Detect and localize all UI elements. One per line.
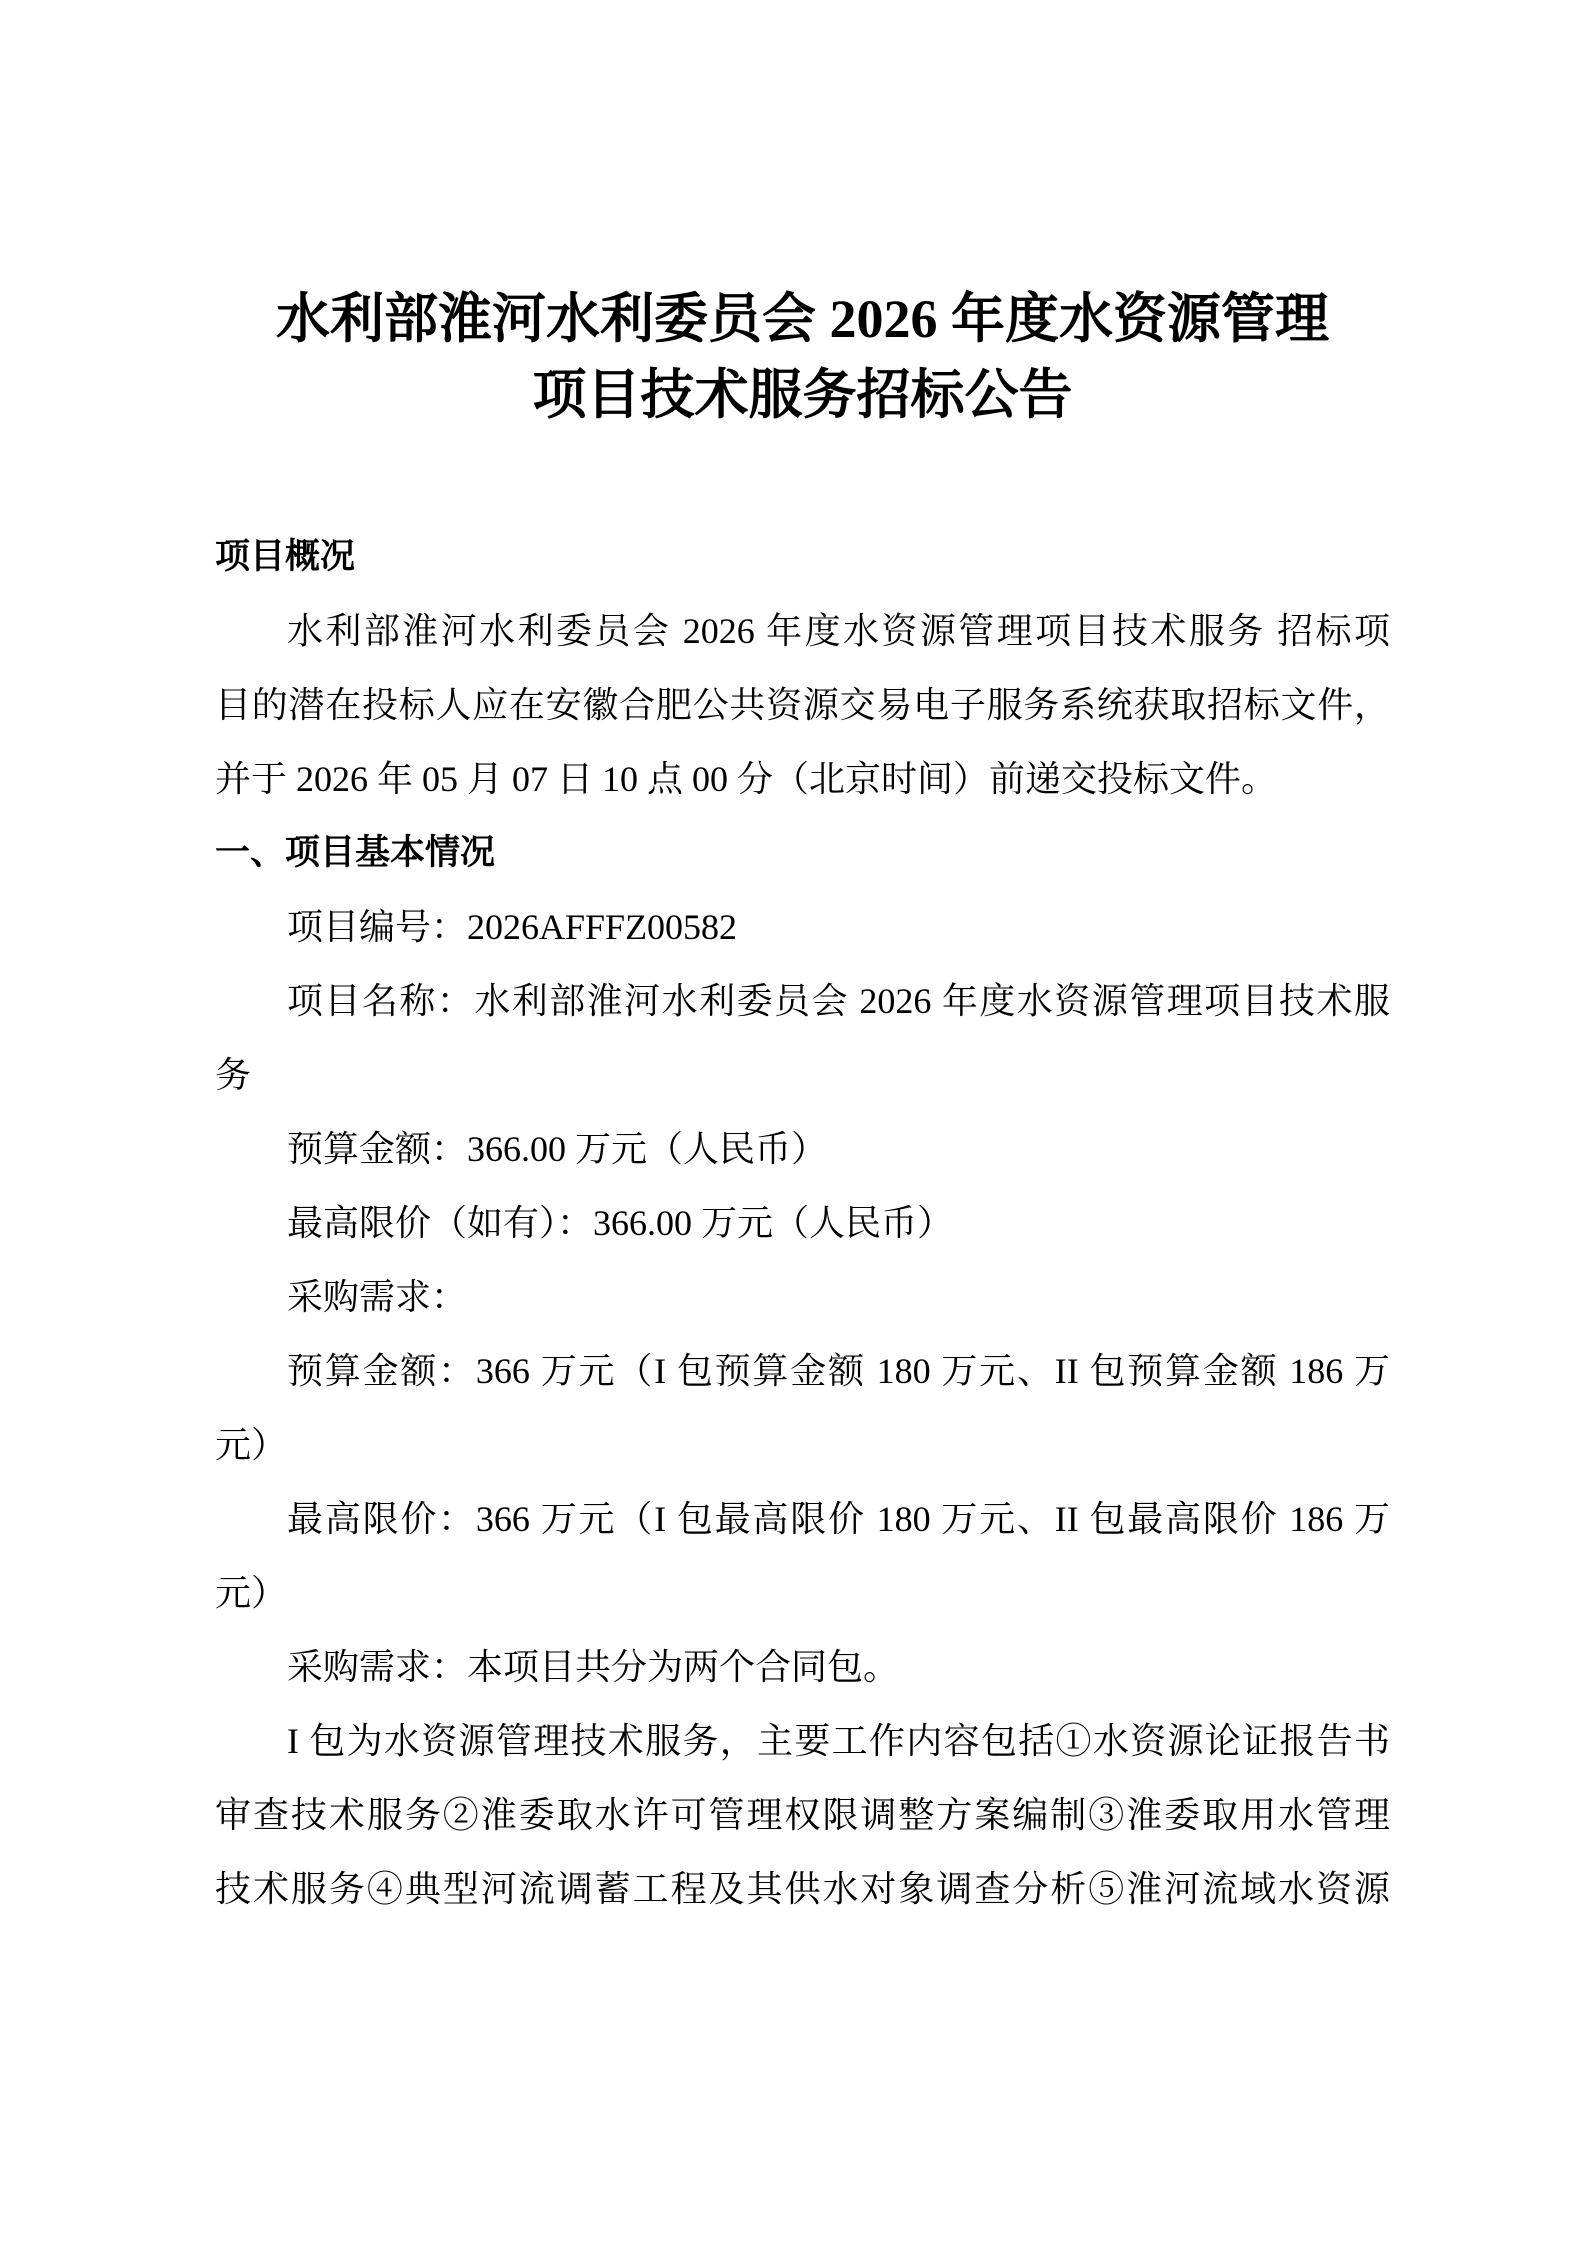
paragraph-line: 并于 2026 年 05 月 07 日 10 点 00 分（北京时间）前递交投标… [215,742,1390,816]
paragraph-line: 技术服务④典型河流调蓄工程及其供水对象调查分析⑤淮河流域水资源 [215,1852,1390,1926]
paragraph-line: 务 [215,1038,1390,1112]
section-heading-overview: 项目概况 [215,520,1390,594]
document-body: 项目概况水利部淮河水利委员会 2026 年度水资源管理项目技术服务 招标项目的潜… [215,520,1390,1926]
document-page: 水利部淮河水利委员会 2026 年度水资源管理项目技术服务招标公告 项目概况水利… [0,0,1587,2245]
paragraph-line: 元） [215,1408,1390,1482]
field-project-number: 项目编号：2026AFFFZ00582 [215,890,1390,964]
paragraph-line: I 包为水资源管理技术服务，主要工作内容包括①水资源论证报告书 [215,1704,1390,1778]
field-budget-breakdown: 预算金额：366 万元（I 包预算金额 180 万元、II 包预算金额 186 … [215,1334,1390,1408]
paragraph-line: 审查技术服务②淮委取水许可管理权限调整方案编制③淮委取用水管理 [215,1778,1390,1852]
document-title: 水利部淮河水利委员会 2026 年度水资源管理项目技术服务招标公告 [215,281,1390,433]
field-project-name: 项目名称：水利部淮河水利委员会 2026 年度水资源管理项目技术服 [215,964,1390,1038]
field-max-price-breakdown: 最高限价：366 万元（I 包最高限价 180 万元、II 包最高限价 186 … [215,1482,1390,1556]
field-max-price: 最高限价（如有）：366.00 万元（人民币） [215,1186,1390,1260]
paragraph-line: 目的潜在投标人应在安徽合肥公共资源交易电子服务系统获取招标文件， [215,668,1390,742]
paragraph-line: 元） [215,1556,1390,1630]
field-budget-amount: 预算金额：366.00 万元（人民币） [215,1112,1390,1186]
paragraph-line: 水利部淮河水利委员会 2026 年度水资源管理项目技术服务 招标项 [215,594,1390,668]
field-procurement-demand: 采购需求： [215,1260,1390,1334]
field-contract-packages: 采购需求：本项目共分为两个合同包。 [215,1630,1390,1704]
section-heading-basic-info: 一、项目基本情况 [215,816,1390,890]
document-title-line: 项目技术服务招标公告 [215,357,1390,433]
document-title-line: 水利部淮河水利委员会 2026 年度水资源管理 [215,281,1390,357]
document-content: 水利部淮河水利委员会 2026 年度水资源管理项目技术服务招标公告 项目概况水利… [215,0,1390,1926]
